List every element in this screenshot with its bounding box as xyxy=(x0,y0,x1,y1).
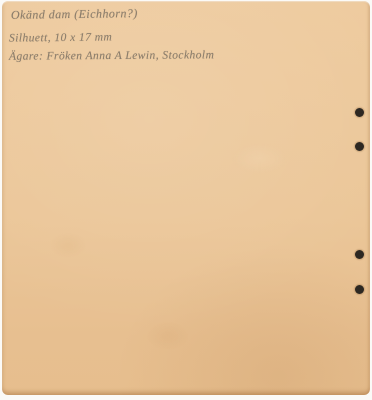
handwriting-medium-line: Silhuett, 10 x 17 mm xyxy=(9,31,112,44)
archive-card-paper: Okänd dam (Eichhorn?) Silhuett, 10 x 17 … xyxy=(2,1,370,395)
punch-hole-dot-4 xyxy=(355,285,364,294)
handwriting-owner-line: Ägare: Fröken Anna A Lewin, Stockholm xyxy=(9,49,214,62)
punch-hole-dot-2 xyxy=(355,142,364,151)
punch-hole-dot-3 xyxy=(355,250,364,259)
handwriting-title-line: Okänd dam (Eichhorn?) xyxy=(11,6,138,23)
punch-hole-dot-1 xyxy=(355,108,364,117)
